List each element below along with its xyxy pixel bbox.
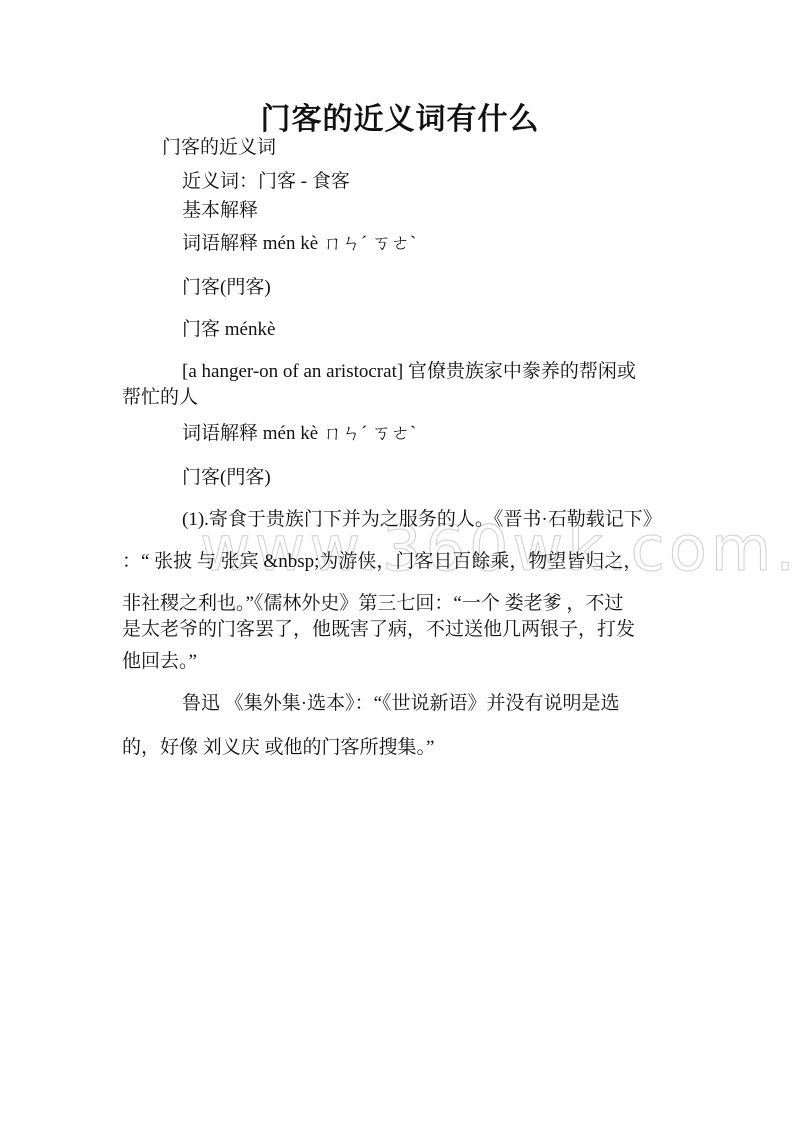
text-line: 他回去。” bbox=[122, 652, 197, 671]
text-line: 的，好像 刘义庆 或他的门客所搜集。” bbox=[122, 738, 434, 757]
text-line: 词语解释 mén kè ㄇㄣˊ ㄎㄜˋ bbox=[182, 234, 416, 253]
text-line: 是太老爷的门客罢了，他既害了病，不过送他几两银子，打发 bbox=[122, 620, 635, 639]
text-line: 门客 ménkè bbox=[182, 320, 275, 339]
text-line: 帮忙的人 bbox=[122, 388, 198, 407]
document-title: 门客的近义词有什么 bbox=[0, 94, 800, 138]
text-line: ：“ 张披 与 张宾 &nbsp;为游侠，门客日百餘乘，物望皆归之， bbox=[122, 552, 642, 571]
text-line: 基本解释 bbox=[182, 201, 258, 220]
text-line: 非社稷之利也。”《儒林外史》第三七回：“一个 娄老爹 ，不过 bbox=[122, 594, 623, 613]
text-line: 鲁迅 《集外集·选本》：“《世说新语》并没有说明是选 bbox=[182, 694, 620, 713]
text-line: 词语解释 mén kè ㄇㄣˊ ㄎㄜˋ bbox=[182, 424, 416, 443]
text-line: 门客的近义词 bbox=[162, 138, 276, 157]
text-line: [a hanger-on of an aristocrat] 官僚贵族家中豢养的… bbox=[182, 362, 636, 381]
text-line: 近义词：门客 - 食客 bbox=[182, 172, 350, 191]
document-page: www.360wk.com.cn 门客的近义词有什么 门客的近义词近义词：门客 … bbox=[0, 0, 800, 1132]
text-line: 门客(門客) bbox=[182, 278, 271, 297]
text-line: 门客(門客) bbox=[182, 468, 271, 487]
text-line: (1).寄食于贵族门下并为之服务的人。《晋书·石勒载记下》 bbox=[182, 510, 662, 529]
